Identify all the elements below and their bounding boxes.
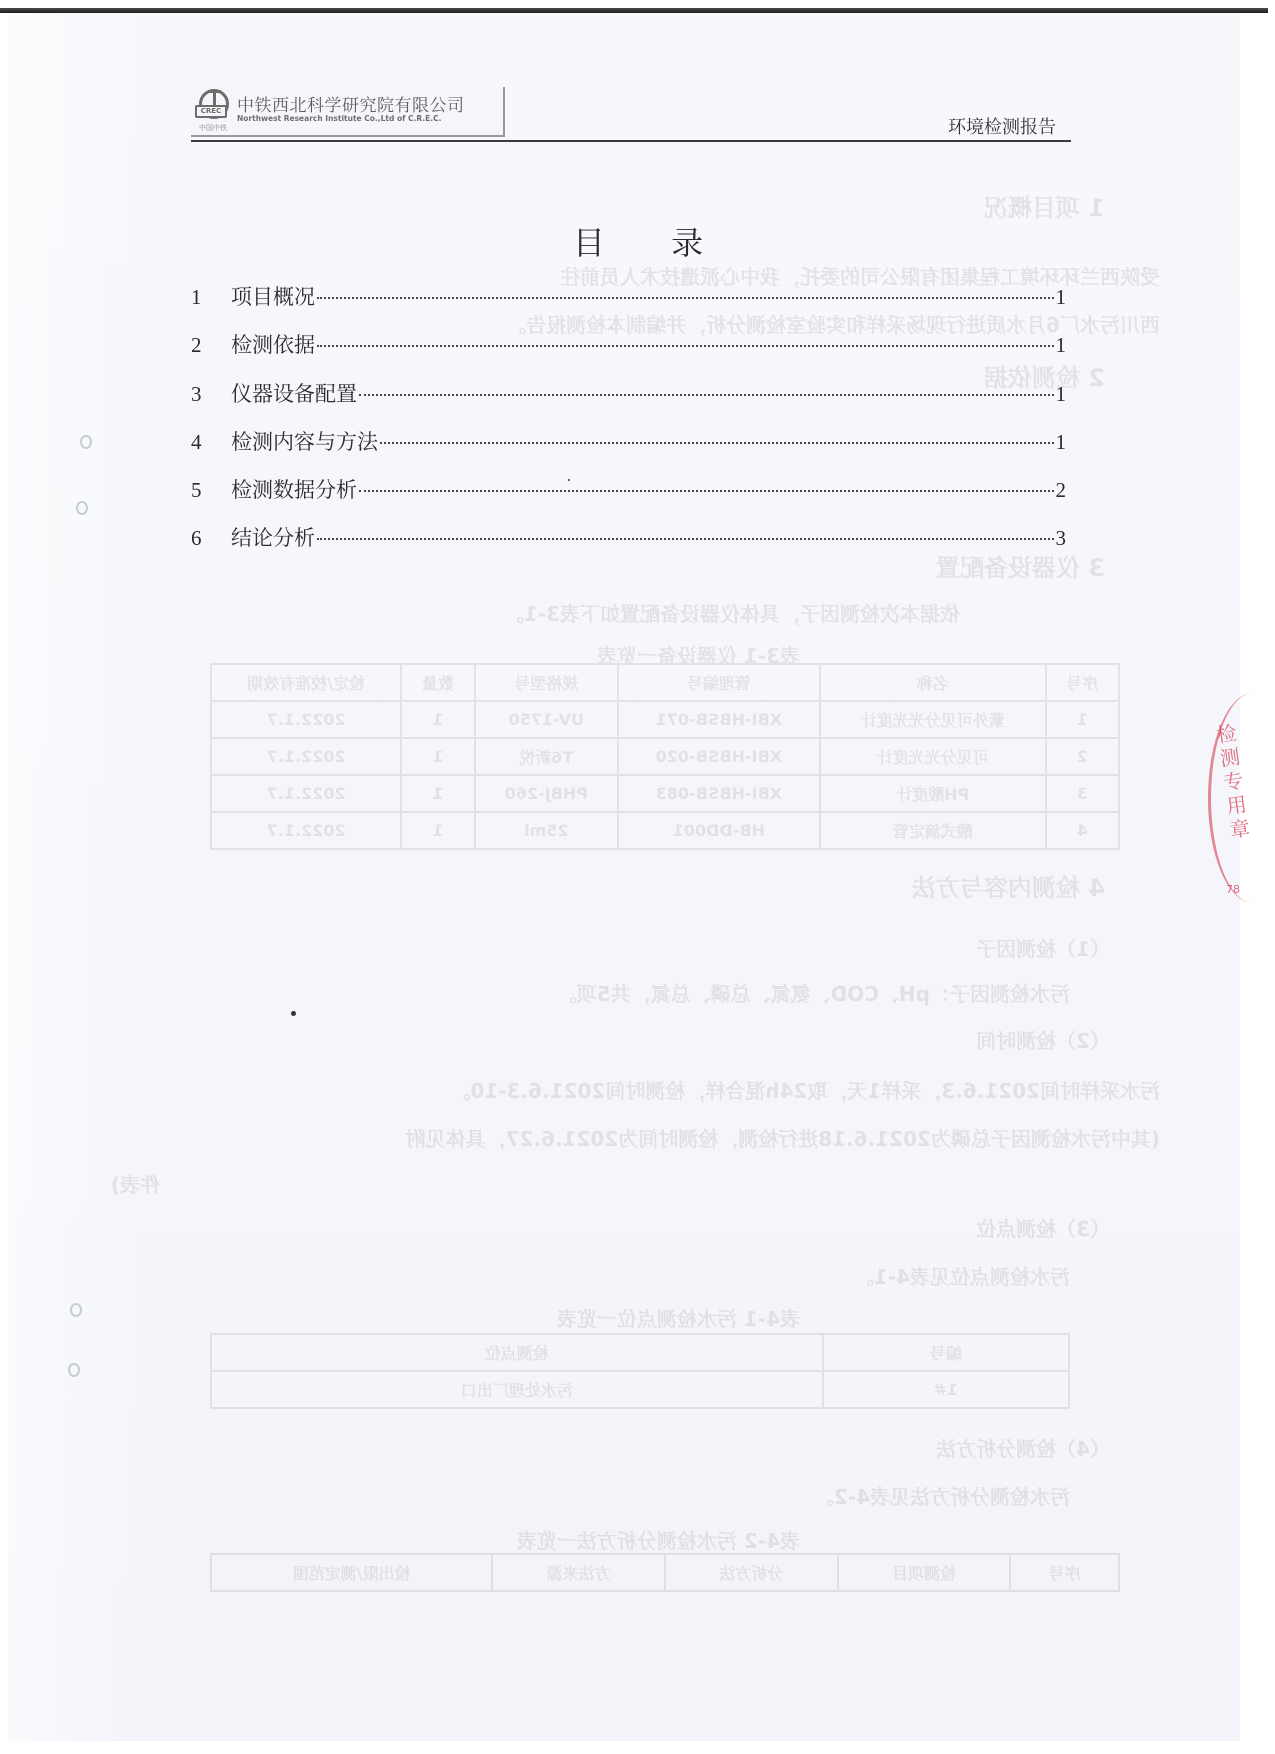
toc-entry-number: 1: [191, 285, 231, 310]
page-header: CREC 中国中铁 中铁西北科学研究院有限公司 Northwest Resear…: [8, 13, 1240, 153]
toc-entry-label: 结论分析: [231, 522, 315, 552]
bleed-sub: （3）检测点位: [976, 1213, 1110, 1242]
bleed-table-cell: 1: [1046, 701, 1119, 738]
bleed-table-cell: HB-DD001: [618, 812, 820, 849]
toc-entry[interactable]: 4检测内容与方法1: [191, 426, 1066, 474]
scan-speck: [568, 479, 570, 481]
toc-entry-number: 5: [191, 478, 231, 503]
dot-leader: [359, 490, 1054, 492]
bleed-table-cell: 3: [1046, 775, 1119, 812]
bleed-table-cell: XBI-HBSB-071: [618, 701, 820, 738]
bleed-table-cell: 2022.1.7: [211, 738, 401, 775]
bleed-table-cell: 2: [1046, 738, 1119, 775]
bleed-table-header: 方法来源: [492, 1554, 665, 1591]
report-type: 环境检测报告: [948, 113, 1056, 139]
bleed-sub: （2）检测时间: [976, 1025, 1110, 1054]
logo-subtext: 中国中铁: [199, 123, 227, 133]
bleed-table-cell: T6新悦: [475, 738, 618, 775]
bleed-table-header: 编号: [823, 1334, 1069, 1371]
bleed-table-cell: 1: [401, 775, 474, 812]
toc-title: 目 录: [8, 218, 1268, 264]
toc-entry-label: 检测依据: [231, 329, 315, 359]
toc-entry-label: 检测内容与方法: [231, 426, 378, 456]
bleed-table-cell: 2022.1.7: [211, 701, 401, 738]
punch-mark: [76, 501, 88, 515]
bleed-table-cell: XBI-HBSB-083: [618, 775, 820, 812]
bleed-table-cell: PH酸度计: [820, 775, 1046, 812]
bleed-table-4-1: 编号检测点位1#污水处理厂出口: [210, 1333, 1070, 1409]
toc-entry[interactable]: 1项目概况1: [191, 281, 1066, 329]
bleed-caption: 表3-1 仪器设备一览表: [597, 640, 800, 669]
bleed-table-header: 规格型号: [475, 664, 618, 701]
punch-mark: [70, 1303, 82, 1317]
toc-entry-number: 2: [191, 333, 231, 358]
header-divider: [191, 140, 1071, 142]
bleed-table-header: 分析方法: [665, 1554, 838, 1591]
bleed-caption: 表4-2 污水检测分析方法一览表: [517, 1525, 800, 1554]
bleed-table-header: 序号: [1046, 664, 1119, 701]
bleed-table-header: 检测项目: [838, 1554, 1011, 1591]
toc-entry-page: 1: [1056, 382, 1067, 407]
bleed-through-layer: 1 项目概况 受陕西兰环环境工程集团有限公司的委托，我中心派遣技术人员前往 西川…: [8, 13, 1240, 1741]
bleed-table-header: 检测点位: [211, 1334, 823, 1371]
bleed-paragraph: 污水检测分析方法见表4-2。: [814, 1481, 1070, 1510]
dot-leader: [317, 345, 1054, 347]
dot-leader: [380, 442, 1054, 444]
bleed-sub: （1）检测因子: [976, 933, 1110, 962]
bleed-caption: 表4-1 污水检测点位一览表: [557, 1303, 800, 1332]
bleed-table-cell: 2022.1.7: [211, 812, 401, 849]
toc-entry-page: 1: [1056, 285, 1067, 310]
bleed-paragraph: 件表): [111, 1169, 160, 1198]
red-seal-stamp: 检测专用章 78: [1208, 693, 1268, 913]
table-of-contents: 1项目概况12检测依据13仪器设备配置14检测内容与方法15检测数据分析26结论…: [191, 281, 1066, 571]
toc-entry-label: 项目概况: [231, 281, 315, 311]
bleed-paragraph: 污水检测点位见表4-1。: [854, 1261, 1070, 1290]
bleed-table-cell: XBI-HBSB-020: [618, 738, 820, 775]
bleed-paragraph: 依据本次检测因子，具体仪器设备配置如下表3-1。: [504, 598, 960, 627]
bleed-table-cell: 4: [1046, 812, 1119, 849]
bleed-table-header: 检定/校准有效期: [211, 664, 401, 701]
bleed-section-4: 4 检测内容与方法: [912, 868, 1105, 903]
bleed-table-cell: PHBJ-260: [475, 775, 618, 812]
punch-mark: [68, 1363, 80, 1377]
bleed-table-header: 序号: [1010, 1554, 1119, 1591]
bleed-table-cell: 1: [401, 812, 474, 849]
toc-entry-number: 6: [191, 526, 231, 551]
document-page: 1 项目概况 受陕西兰环环境工程集团有限公司的委托，我中心派遣技术人员前往 西川…: [8, 13, 1240, 1741]
toc-entry-page: 1: [1056, 430, 1067, 455]
bleed-table-cell: 1: [401, 701, 474, 738]
punch-mark: [80, 435, 92, 449]
toc-entry-number: 3: [191, 382, 231, 407]
bleed-table-cell: 污水处理厂出口: [211, 1371, 823, 1408]
bleed-table-cell: 可见分光光度计: [820, 738, 1046, 775]
company-name-cn: 中铁西北科学研究院有限公司: [237, 91, 465, 116]
toc-entry-page: 3: [1056, 526, 1067, 551]
bleed-table-cell: 1: [401, 738, 474, 775]
bleed-table-3-1: 序号名称管理编号规格型号数量检定/校准有效期1紫外可见分光光度计XBI-HBSB…: [210, 663, 1120, 850]
bleed-table-header: 检出限/测定范围: [211, 1554, 492, 1591]
toc-entry-page: 1: [1056, 333, 1067, 358]
bleed-table-cell: 1#: [823, 1371, 1069, 1408]
bleed-paragraph: 污水采样时间2021.6.3，采样1天，取24h混合样，检测时间2021.6.3…: [450, 1075, 1160, 1104]
dot-leader: [317, 297, 1054, 299]
bleed-table-header: 管理编号: [618, 664, 820, 701]
toc-entry-label: 检测数据分析: [231, 474, 357, 504]
bleed-sub: （4）检测分析方法: [936, 1433, 1110, 1462]
bleed-paragraph: (其中污水检测因子总磷为2021.6.18进行检测，检测时间为2021.6.27…: [406, 1123, 1160, 1152]
toc-entry-page: 2: [1056, 478, 1067, 503]
bleed-table-cell: 紫外可见分光光度计: [820, 701, 1046, 738]
dot-leader: [317, 538, 1054, 540]
toc-entry[interactable]: 3仪器设备配置1: [191, 378, 1066, 426]
toc-entry[interactable]: 5检测数据分析2: [191, 474, 1066, 522]
bleed-table-cell: 2022.1.7: [211, 775, 401, 812]
toc-entry-number: 4: [191, 430, 231, 455]
bleed-table-4-2: 序号检测项目分析方法方法来源检出限/测定范围: [210, 1553, 1120, 1592]
stamp-code: 78: [1226, 883, 1240, 896]
logo-badge: CREC: [195, 105, 227, 118]
bleed-table-cell: 酸式滴定管: [820, 812, 1046, 849]
company-name-en: Northwest Research Institute Co.,Ltd of …: [237, 114, 441, 123]
bleed-table-header: 名称: [820, 664, 1046, 701]
toc-entry[interactable]: 2检测依据1: [191, 329, 1066, 377]
bleed-table-header: 数量: [401, 664, 474, 701]
bleed-table-cell: 25ml: [475, 812, 618, 849]
scan-speck: [291, 1011, 296, 1016]
company-logo: CREC 中国中铁 中铁西北科学研究院有限公司 Northwest Resear…: [191, 87, 505, 137]
bleed-table-cell: UV-1750: [475, 701, 618, 738]
toc-entry-label: 仪器设备配置: [231, 378, 357, 408]
dot-leader: [359, 394, 1054, 396]
bleed-paragraph: 污水检测因子：pH、COD、氨氮、总磷、总氮，共5项。: [557, 978, 1070, 1007]
toc-entry[interactable]: 6结论分析3: [191, 522, 1066, 570]
